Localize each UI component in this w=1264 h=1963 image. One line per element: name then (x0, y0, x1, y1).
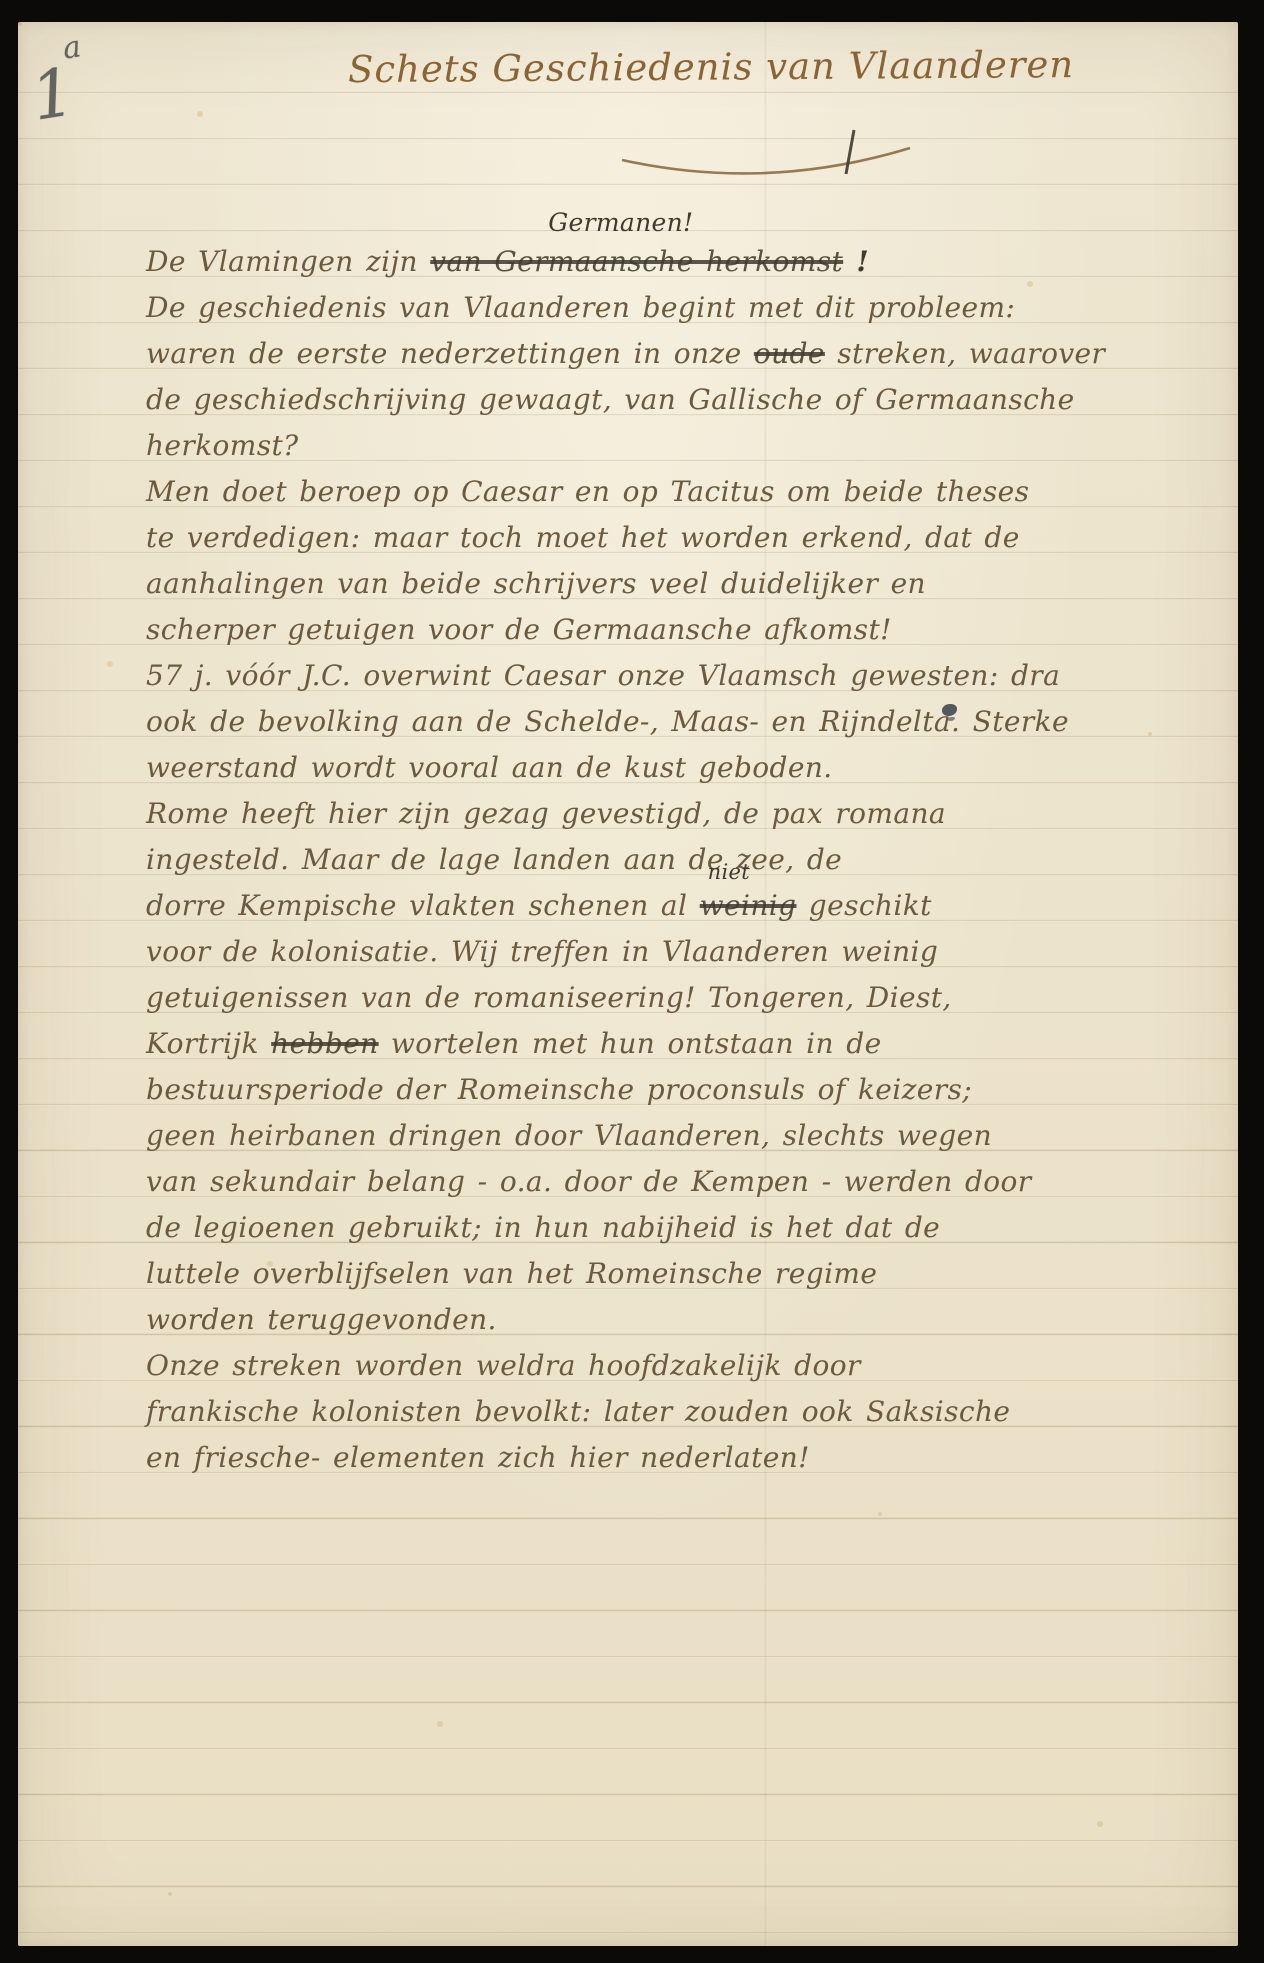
manuscript-line: scherper getuigen voor de Germaansche af… (146, 607, 892, 653)
emphasis-text: ! (843, 245, 869, 278)
manuscript-line: herkomst? (146, 423, 299, 469)
manuscript-line: ook de bevolking aan de Schelde-, Maas- … (146, 699, 1069, 745)
handwritten-text: voor de kolonisatie. Wij treffen in Vlaa… (146, 935, 938, 968)
handwritten-text: ook de bevolking aan de Schelde-, Maas- … (146, 705, 1069, 738)
handwritten-text: worden teruggevonden. (146, 1303, 497, 1336)
handwritten-text: dorre Kempische vlakten schenen al (146, 889, 700, 922)
handwritten-text: 57 j. vóór J.C. overwint Caesar onze Vla… (146, 659, 1060, 692)
manuscript-line: en friesche- elementen zich hier nederla… (146, 1435, 810, 1481)
handwritten-text: aanhalingen van beide schrijvers veel du… (146, 567, 926, 600)
manuscript-line: Men doet beroep op Caesar en op Tacitus … (146, 469, 1029, 515)
struck-text: weinigniet (700, 889, 797, 922)
handwritten-text: geschikt (796, 889, 931, 922)
struck-text: hebben (271, 1027, 378, 1060)
handwritten-text: van sekundair belang - o.a. door de Kemp… (146, 1165, 1032, 1198)
manuscript-line: 57 j. vóór J.C. overwint Caesar onze Vla… (146, 653, 1060, 699)
handwritten-text: Men doet beroep op Caesar en op Tacitus … (146, 475, 1029, 508)
handwritten-text: Rome heeft hier zijn gezag gevestigd, de… (146, 797, 946, 830)
handwritten-text: bestuursperiode der Romeinsche proconsul… (146, 1073, 972, 1106)
struck-text: van Germaansche herkomstGermanen! (430, 245, 843, 278)
manuscript-line: frankische kolonisten bevolkt: later zou… (146, 1389, 1010, 1435)
handwritten-text: streken, waarover (825, 337, 1105, 370)
manuscript-line: Kortrijk hebben wortelen met hun ontstaa… (146, 1021, 882, 1067)
handwritten-text: en friesche- elementen zich hier nederla… (146, 1441, 810, 1474)
manuscript-line: De Vlamingen zijn van Germaansche herkom… (146, 239, 869, 285)
handwritten-text: te verdedigen: maar toch moet het worden… (146, 521, 1020, 554)
handwritten-text: geen heirbanen dringen door Vlaanderen, … (146, 1119, 992, 1152)
handwritten-text: frankische kolonisten bevolkt: later zou… (146, 1395, 1010, 1428)
manuscript-line: voor de kolonisatie. Wij treffen in Vlaa… (146, 929, 938, 975)
handwritten-text: herkomst? (146, 429, 299, 462)
handwritten-text: Kortrijk (146, 1027, 271, 1060)
manuscript-line: waren de eerste nederzettingen in onze o… (146, 331, 1105, 377)
handwritten-text: weerstand wordt vooral aan de kust gebod… (146, 751, 833, 784)
manuscript-line: te verdedigen: maar toch moet het worden… (146, 515, 1020, 561)
handwritten-text: De Vlamingen zijn (146, 245, 430, 278)
handwritten-text: de geschiedschrijving gewaagt, van Galli… (146, 383, 1075, 416)
manuscript-line: luttele overblijfselen van het Romeinsch… (146, 1251, 877, 1297)
struck-text: oude (754, 337, 825, 370)
manuscript-line: bestuursperiode der Romeinsche proconsul… (146, 1067, 972, 1113)
handwritten-text: wortelen met hun ontstaan in de (379, 1027, 882, 1060)
manuscript-line: getuigenissen van de romaniseering! Tong… (146, 975, 952, 1021)
manuscript-line: geen heirbanen dringen door Vlaanderen, … (146, 1113, 992, 1159)
manuscript-line: De geschiedenis van Vlaanderen begint me… (146, 285, 1015, 331)
manuscript-line: de legioenen gebruikt; in hun nabijheid … (146, 1205, 940, 1251)
manuscript-page: 1a Schets Geschiedenis van Vlaanderen De… (18, 22, 1238, 1946)
scan-background: { "page": { "title": "Schets Geschiedeni… (0, 0, 1264, 1963)
manuscript-line: de geschiedschrijving gewaagt, van Galli… (146, 377, 1075, 423)
manuscript-line: Rome heeft hier zijn gezag gevestigd, de… (146, 791, 946, 837)
handwritten-text: Onze streken worden weldra hoofdzakelijk… (146, 1349, 861, 1382)
manuscript-line: worden teruggevonden. (146, 1297, 497, 1343)
handwritten-text: getuigenissen van de romaniseering! Tong… (146, 981, 952, 1014)
manuscript-line: aanhalingen van beide schrijvers veel du… (146, 561, 926, 607)
handwritten-text: scherper getuigen voor de Germaansche af… (146, 613, 892, 646)
manuscript-line: dorre Kempische vlakten schenen al weini… (146, 883, 932, 929)
inserted-correction: Germanen! (548, 210, 693, 235)
inserted-correction: niet (708, 862, 750, 883)
manuscript-text: De Vlamingen zijn van Germaansche herkom… (18, 22, 1238, 1946)
manuscript-line: van sekundair belang - o.a. door de Kemp… (146, 1159, 1032, 1205)
handwritten-text: waren de eerste nederzettingen in onze (146, 337, 754, 370)
handwritten-text: luttele overblijfselen van het Romeinsch… (146, 1257, 877, 1290)
manuscript-line: weerstand wordt vooral aan de kust gebod… (146, 745, 833, 791)
handwritten-text: De geschiedenis van Vlaanderen begint me… (146, 291, 1015, 324)
handwritten-text: de legioenen gebruikt; in hun nabijheid … (146, 1211, 940, 1244)
manuscript-line: Onze streken worden weldra hoofdzakelijk… (146, 1343, 861, 1389)
